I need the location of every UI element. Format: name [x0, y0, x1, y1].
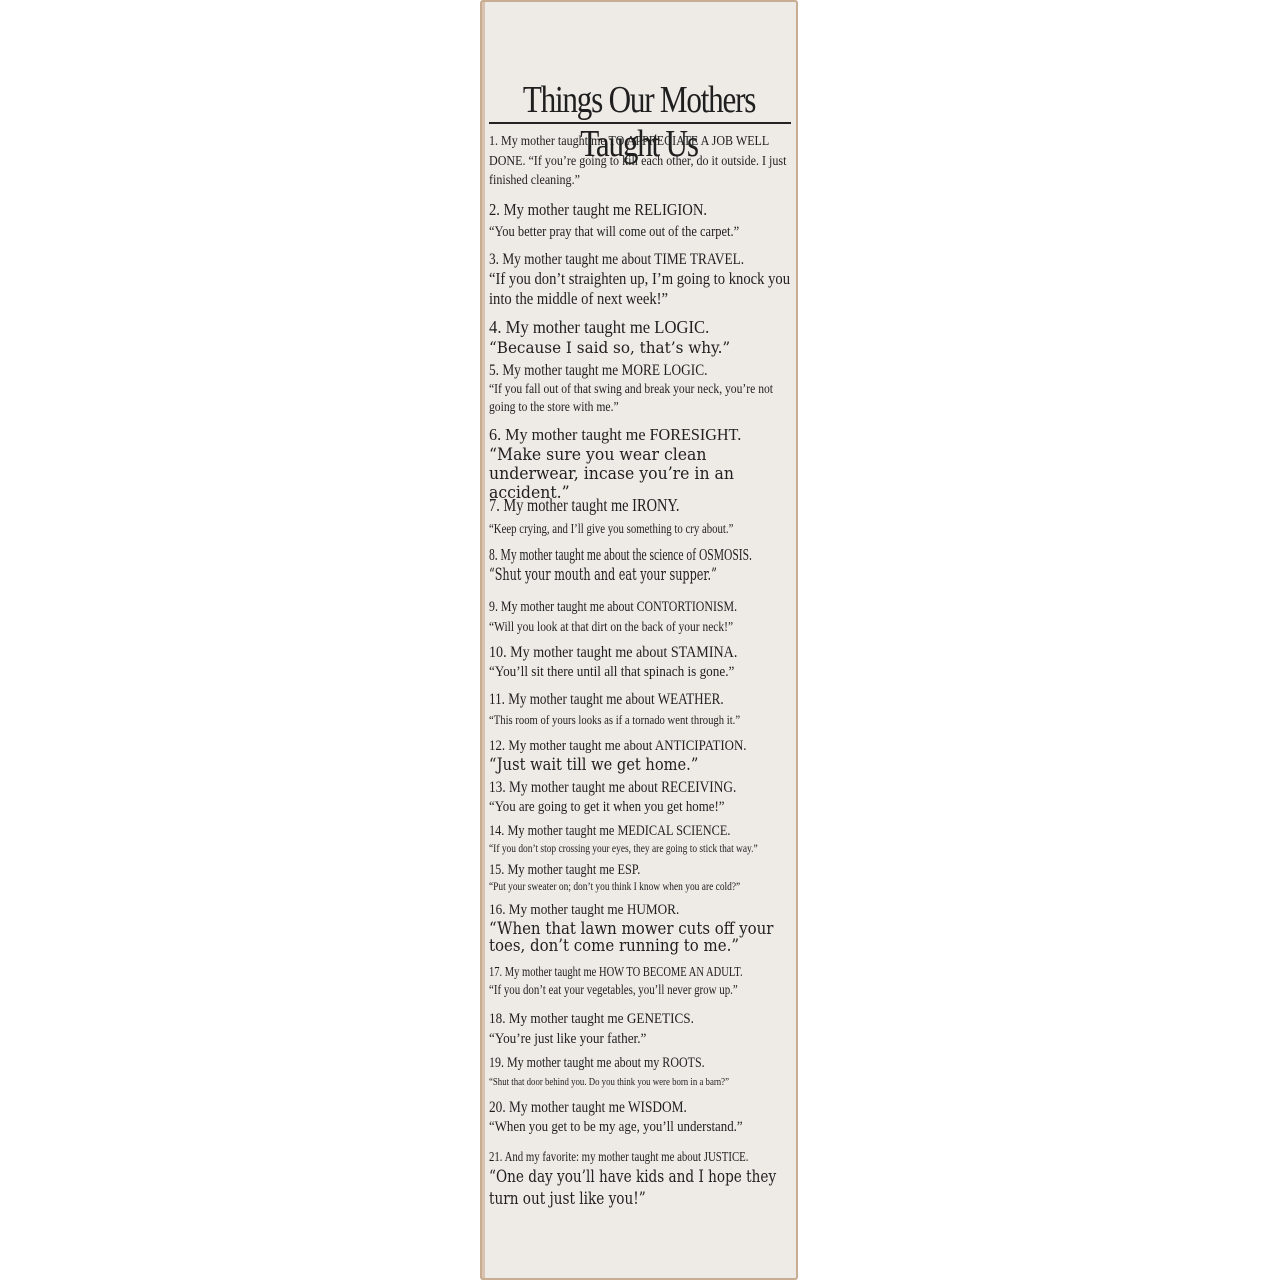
lesson-heading: 10. My mother taught me about STAMINA. — [489, 643, 793, 662]
lesson-heading: 15. My mother taught me ESP. — [489, 861, 793, 879]
lesson-quote: “You better pray that will come out of t… — [489, 221, 793, 243]
lesson-heading: 18. My mother taught me GENETICS. — [489, 1010, 793, 1029]
lesson-quote: “Put your sweater on; don’t you think I … — [489, 879, 793, 895]
lesson-quote: “You’ll sit there until all that spinach… — [489, 662, 793, 682]
lesson-item: 8. My mother taught me about the science… — [489, 545, 793, 585]
lesson-item: 1. My mother taught me TO APPRECIATE A J… — [489, 132, 793, 191]
lesson-item: 14. My mother taught me MEDICAL SCIENCE.… — [489, 821, 793, 858]
lesson-quote: “Shut that door behind you. Do you think… — [489, 1073, 793, 1091]
lesson-item: 6. My mother taught me FORESIGHT.“Make s… — [489, 425, 793, 502]
lesson-item: 13. My mother taught me about RECEIVING.… — [489, 778, 793, 817]
lesson-quote: “When you get to be my age, you’ll under… — [489, 1117, 793, 1137]
lesson-heading: 13. My mother taught me about RECEIVING. — [489, 778, 793, 797]
lesson-item: 17. My mother taught me HOW TO BECOME AN… — [489, 962, 793, 1000]
lesson-item: 3. My mother taught me about TIME TRAVEL… — [489, 250, 793, 309]
lesson-quote: “One day you’ll have kids and I hope the… — [489, 1166, 793, 1210]
lesson-quote: “You’re just like your father.” — [489, 1029, 793, 1049]
lesson-item: 18. My mother taught me GENETICS.“You’re… — [489, 1010, 793, 1049]
lesson-heading: 14. My mother taught me MEDICAL SCIENCE. — [489, 821, 793, 841]
lesson-heading: 11. My mother taught me about WEATHER. — [489, 690, 793, 710]
lesson-item: 12. My mother taught me about ANTICIPATI… — [489, 737, 793, 775]
lesson-heading: 20. My mother taught me WISDOM. — [489, 1098, 793, 1117]
lesson-heading: 21. And my favorite: my mother taught me… — [489, 1147, 793, 1166]
lesson-item: 10. My mother taught me about STAMINA.“Y… — [489, 643, 793, 682]
lesson-heading: 16. My mother taught me HUMOR. — [489, 900, 793, 921]
lesson-quote: “If you fall out of that swing and break… — [489, 380, 793, 416]
lesson-heading: 1. My mother taught me TO APPRECIATE A J… — [489, 132, 793, 191]
lesson-item: 20. My mother taught me WISDOM.“When you… — [489, 1098, 793, 1137]
lesson-item: 4. My mother taught me LOGIC.“Because I … — [489, 317, 793, 358]
lesson-quote: “If you don’t stop crossing your eyes, t… — [489, 841, 793, 858]
lesson-quote: “When that lawn mower cuts off your toes… — [489, 921, 793, 955]
lesson-quote: “If you don’t eat your vegetables, you’l… — [489, 981, 793, 1000]
lesson-quote: “You are going to get it when you get ho… — [489, 797, 793, 817]
lesson-quote: “This room of yours looks as if a tornad… — [489, 710, 793, 730]
lesson-item: 19. My mother taught me about my ROOTS.“… — [489, 1054, 793, 1091]
lesson-heading: 8. My mother taught me about the science… — [489, 545, 793, 565]
lesson-heading: 2. My mother taught me RELIGION. — [489, 199, 793, 221]
lesson-item: 11. My mother taught me about WEATHER.“T… — [489, 690, 793, 730]
lesson-heading: 12. My mother taught me about ANTICIPATI… — [489, 737, 793, 756]
lesson-quote: “Because I said so, that’s why.” — [489, 338, 793, 358]
lesson-item: 9. My mother taught me about CONTORTIONI… — [489, 597, 793, 639]
lesson-item: 2. My mother taught me RELIGION.“You bet… — [489, 199, 793, 243]
lesson-item: 5. My mother taught me MORE LOGIC.“If yo… — [489, 361, 793, 416]
lesson-quote: “Shut your mouth and eat your supper.” — [489, 565, 793, 585]
lesson-quote: “Will you look at that dirt on the back … — [489, 617, 793, 639]
lesson-heading: 17. My mother taught me HOW TO BECOME AN… — [489, 962, 793, 981]
lesson-item: 15. My mother taught me ESP.“Put your sw… — [489, 861, 793, 895]
lesson-heading: 5. My mother taught me MORE LOGIC. — [489, 361, 793, 380]
lesson-heading: 6. My mother taught me FORESIGHT. — [489, 425, 793, 445]
lesson-heading: 19. My mother taught me about my ROOTS. — [489, 1054, 793, 1073]
lesson-quote: “Keep crying, and I’ll give you somethin… — [489, 518, 793, 540]
lesson-item: 7. My mother taught me IRONY.“Keep cryin… — [489, 493, 793, 540]
lesson-heading: 9. My mother taught me about CONTORTIONI… — [489, 597, 793, 617]
lesson-heading: 3. My mother taught me about TIME TRAVEL… — [489, 250, 793, 269]
lesson-heading: 7. My mother taught me IRONY. — [489, 493, 793, 518]
title-underline — [489, 122, 791, 124]
lesson-item: 21. And my favorite: my mother taught me… — [489, 1147, 793, 1210]
lesson-quote: “Just wait till we get home.” — [489, 756, 793, 775]
lesson-heading: 4. My mother taught me LOGIC. — [489, 317, 793, 338]
lesson-quote: “If you don’t straighten up, I’m going t… — [489, 269, 793, 309]
wooden-sign: Things Our Mothers Taught Us 1. My mothe… — [480, 0, 798, 1280]
lesson-item: 16. My mother taught me HUMOR.“When that… — [489, 900, 793, 955]
